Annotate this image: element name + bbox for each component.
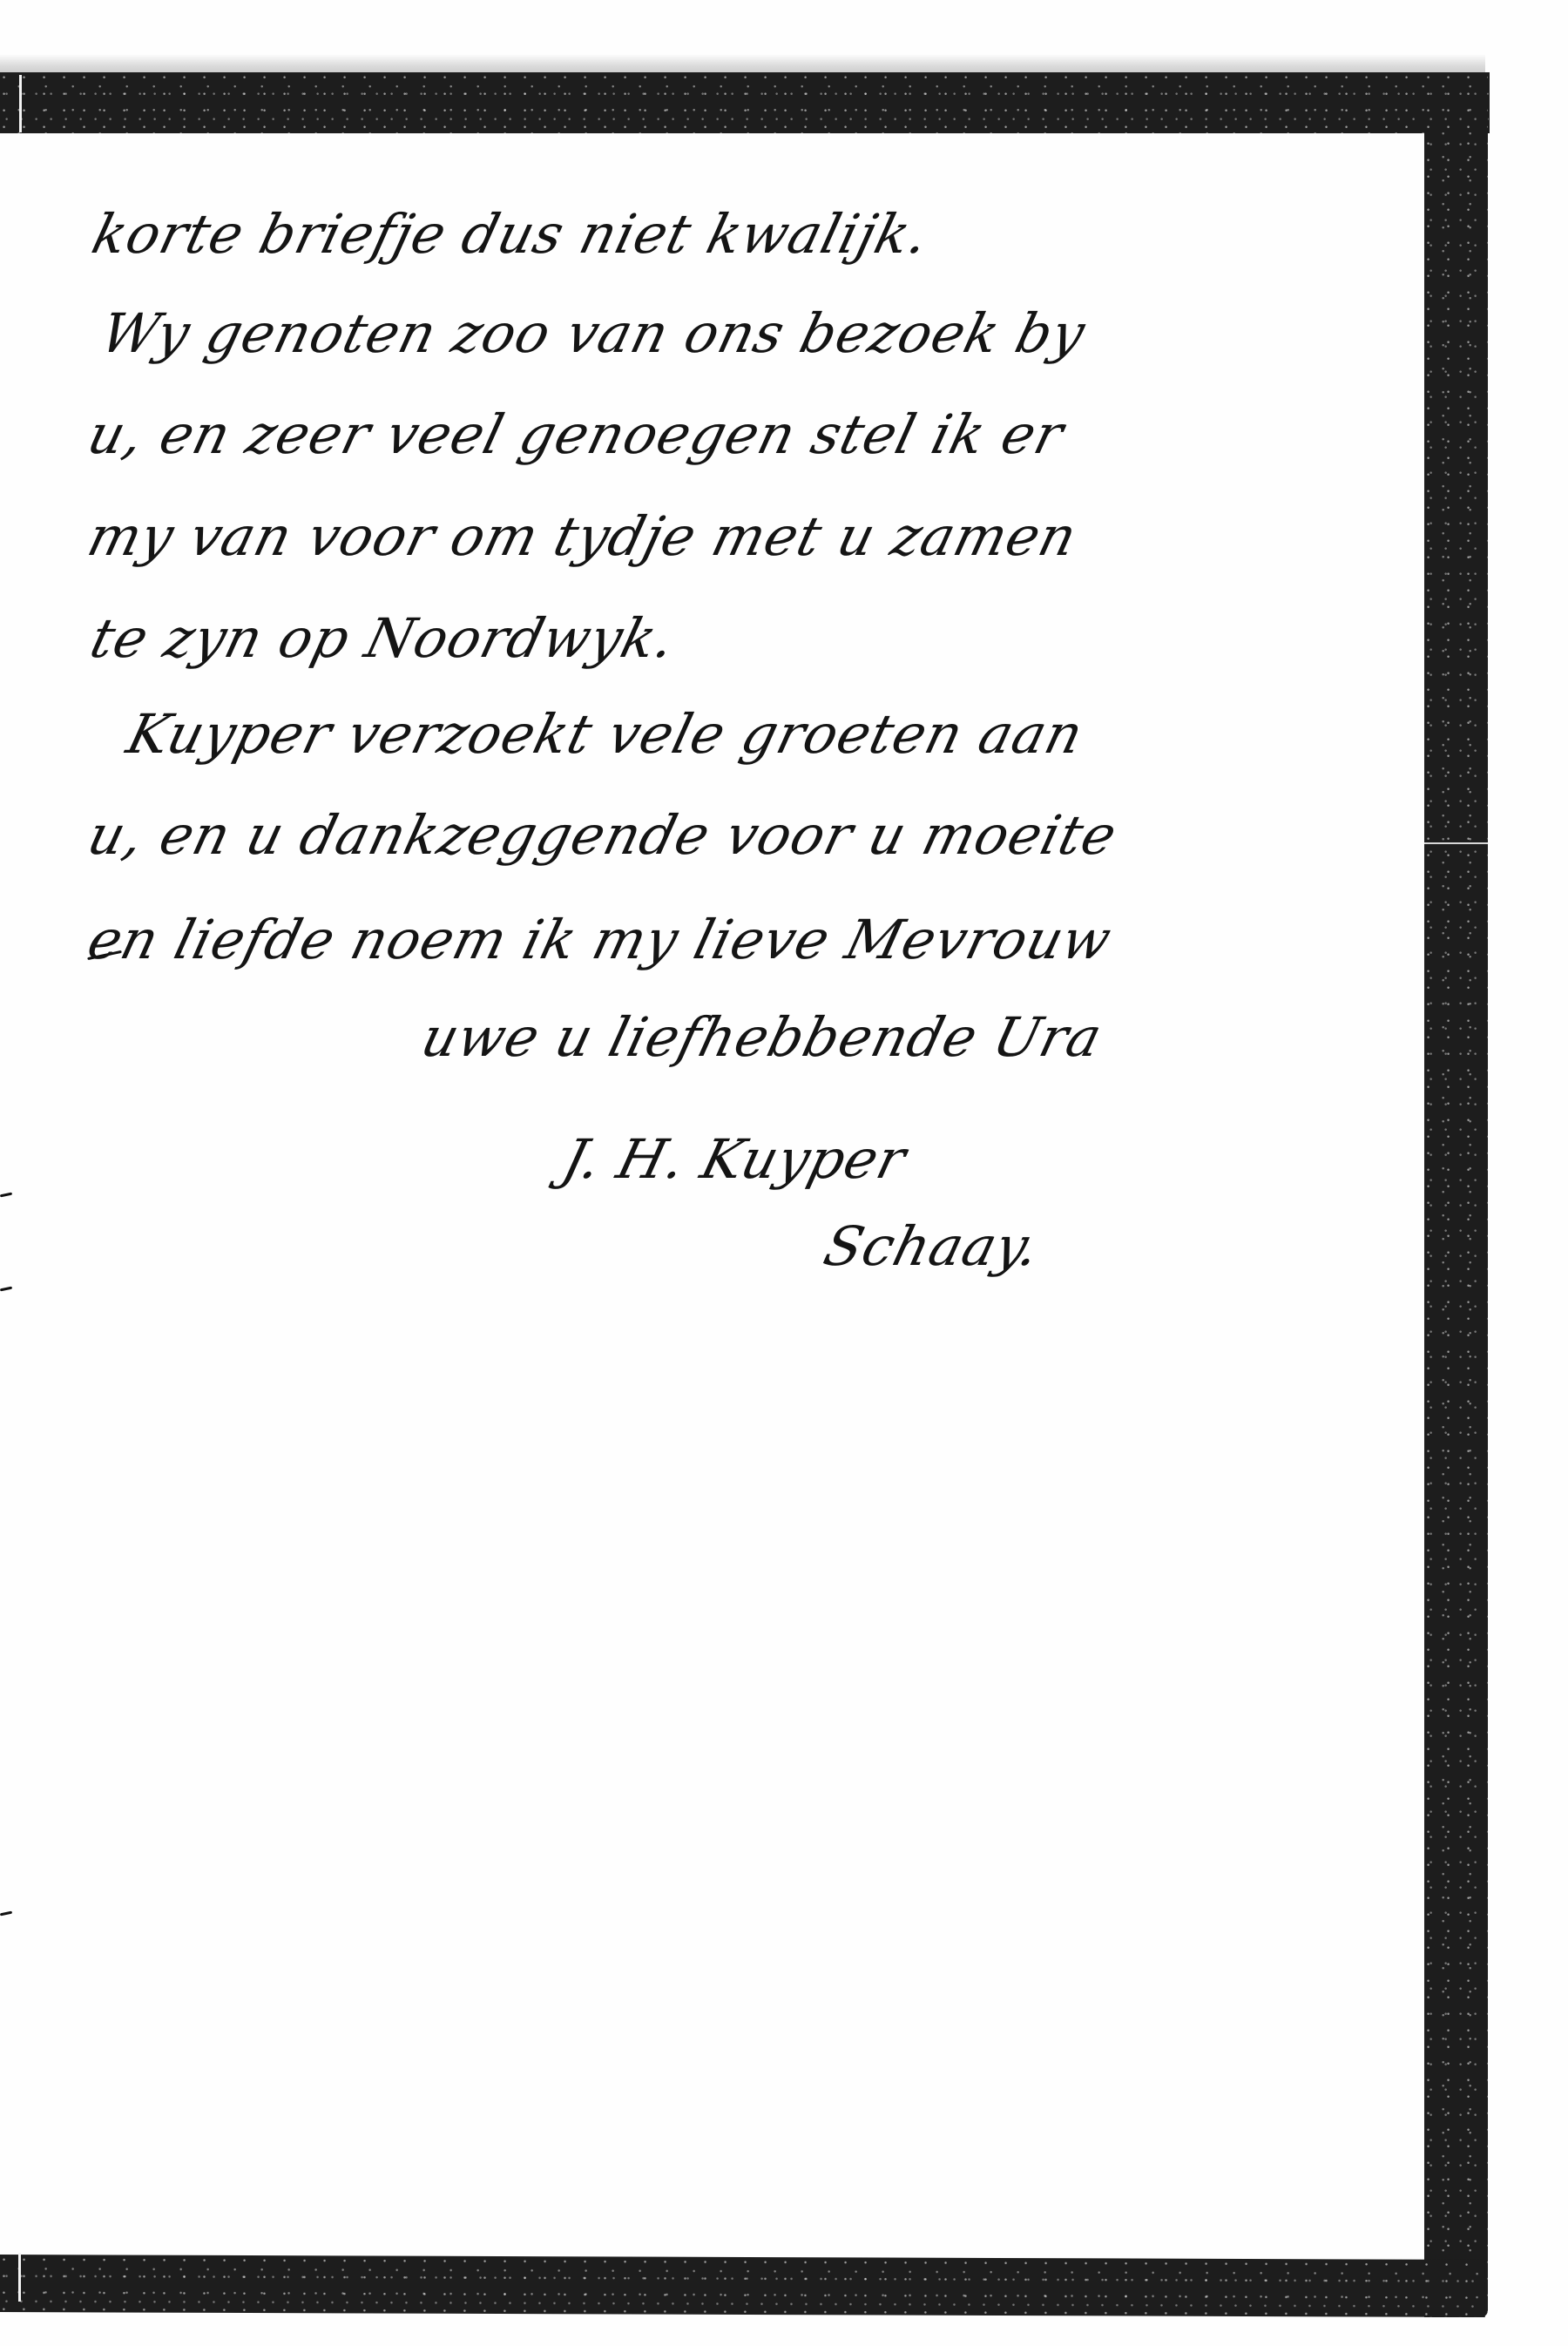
- letter-line: korte briefje dus niet kwalijk.: [87, 207, 935, 261]
- letter-line: en liefde noem ik my lieve Mevrouw: [83, 913, 1117, 967]
- signature-maiden-name: Schaay.: [819, 1220, 1045, 1274]
- letter-closing: uwe u liefhebbende Ura: [416, 1011, 1107, 1065]
- letter-line: Wy genoten zoo van ons bezoek by: [96, 307, 1091, 361]
- signature-name: J. H. Kuyper: [558, 1132, 911, 1187]
- letter-line: u, en zeer veel genoegen stel ik er: [83, 408, 1069, 462]
- letter-line: u, en u dankzeggende voor u moeite: [83, 808, 1122, 862]
- letter-line: te zyn op Noordwyk.: [85, 612, 680, 666]
- letter-body: korte briefje dus niet kwalijk. Wy genot…: [0, 0, 1568, 2346]
- letter-page: korte briefje dus niet kwalijk. Wy genot…: [0, 0, 1568, 2346]
- letter-line: Kuyper verzoekt vele groeten aan: [122, 707, 1089, 761]
- letter-line: my van voor om tydje met u zamen: [83, 510, 1083, 564]
